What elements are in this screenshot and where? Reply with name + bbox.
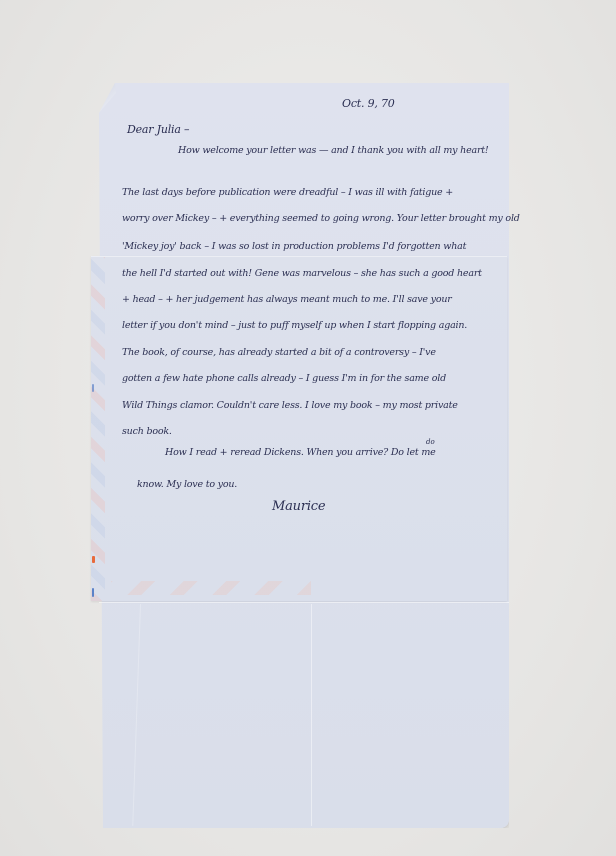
airmail-stripes-bottom	[111, 581, 311, 595]
fold-line	[311, 604, 312, 826]
body-line: worry over Mickey – + everything seemed …	[122, 213, 520, 224]
body-line: gotten a few hate phone calls already – …	[122, 373, 446, 384]
body-line: + head – + her judgement has always mean…	[122, 294, 452, 305]
inserted-word: do	[426, 438, 435, 446]
letter-date: Oct. 9, 70	[342, 97, 395, 110]
body-line: The last days before publication were dr…	[122, 187, 453, 198]
airmail-blue-mark	[92, 588, 94, 597]
airmail-stripes	[91, 257, 105, 601]
body-line: 'Mickey joy' back – I was so lost in pro…	[122, 241, 466, 252]
signature: Maurice	[272, 499, 325, 514]
body-line: letter if you don't mind – just to puff …	[122, 320, 467, 331]
body-line: The book, of course, has already started…	[122, 347, 436, 358]
body-line: such book.	[122, 426, 172, 437]
airmail-red-mark	[92, 556, 95, 563]
closing-line: know. My love to you.	[137, 479, 237, 490]
fold-line	[99, 602, 509, 603]
body-line: the hell I'd started out with! Gene was …	[122, 268, 482, 279]
airmail-blue-mark	[92, 384, 94, 392]
closing-line: How I read + reread Dickens. When you ar…	[165, 447, 436, 458]
salutation: Dear Julia –	[127, 123, 189, 136]
body-line: Wild Things clamor. Couldn't care less. …	[122, 400, 458, 411]
opening-line: How welcome your letter was — and I than…	[178, 145, 489, 156]
